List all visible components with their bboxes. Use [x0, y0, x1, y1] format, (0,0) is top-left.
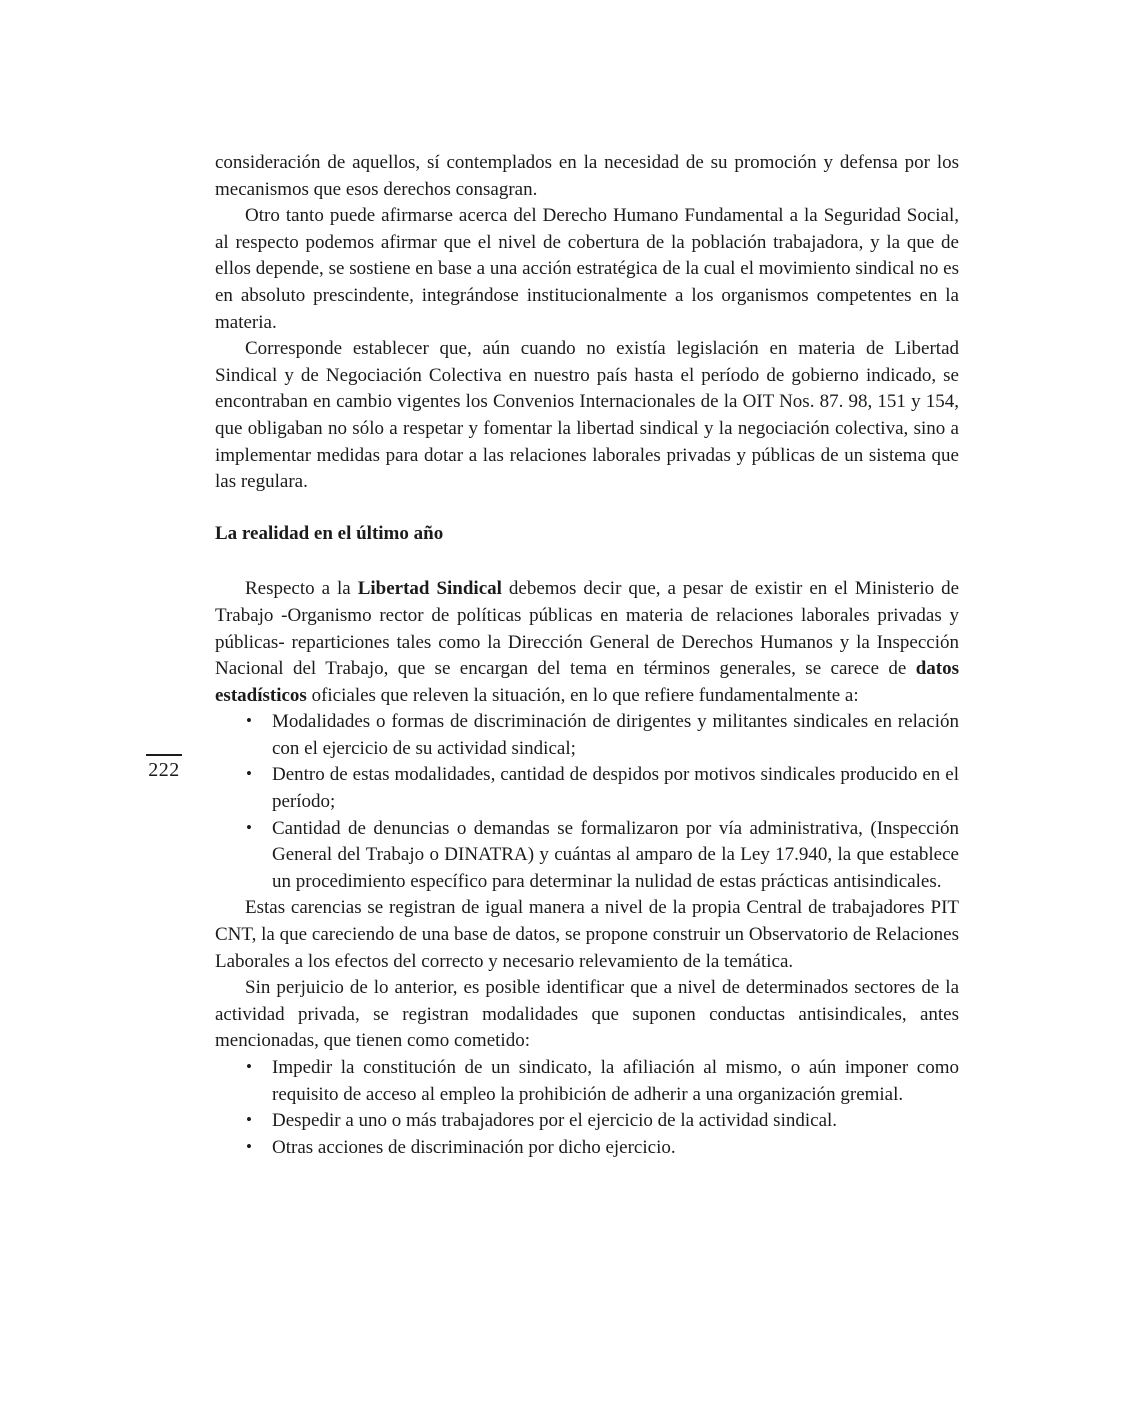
page-number: 222: [144, 759, 184, 781]
page-number-rule: [146, 754, 182, 756]
text-run: Cantidad de denuncias o demandas se form…: [272, 818, 959, 892]
bullet-icon: •: [246, 1054, 252, 1081]
text-run: Otras acciones de discriminación por dic…: [272, 1137, 676, 1158]
text-run: consideración de aquellos, sí contemplad…: [215, 152, 959, 200]
paragraph: consideración de aquellos, sí contemplad…: [215, 150, 959, 203]
text-run: Despedir a uno o más trabajadores por el…: [272, 1110, 837, 1131]
section-heading: La realidad en el último año: [215, 521, 959, 548]
text-run: Modalidades o formas de discriminación d…: [272, 711, 959, 759]
bullet-item: •Cantidad de denuncias o demandas se for…: [215, 816, 959, 896]
bullet-item: •Impedir la constitución de un sindicato…: [215, 1055, 959, 1108]
bullet-item: •Despedir a uno o más trabajadores por e…: [215, 1108, 959, 1135]
bullet-item: •Dentro de estas modalidades, cantidad d…: [215, 762, 959, 815]
page-number-label: 222: [144, 754, 184, 781]
paragraph: Otro tanto puede afirmarse acerca del De…: [215, 203, 959, 336]
bullet-icon: •: [246, 708, 252, 735]
text-run: Sin perjuicio de lo anterior, es posible…: [215, 977, 959, 1051]
paragraph: Respecto a la Libertad Sindical debemos …: [215, 576, 959, 709]
text-run: oficiales que releven la situación, en l…: [307, 685, 859, 706]
text-run: Estas carencias se registran de igual ma…: [215, 897, 959, 971]
bullet-item: •Otras acciones de discriminación por di…: [215, 1135, 959, 1162]
text-run: Respecto a la: [245, 578, 358, 599]
text-run: Impedir la constitución de un sindicato,…: [272, 1057, 959, 1105]
text-run: Corresponde establecer que, aún cuando n…: [215, 338, 959, 492]
text-block: consideración de aquellos, sí contemplad…: [215, 150, 959, 1161]
bold-text: Libertad Sindical: [358, 578, 502, 599]
bullet-list: •Modalidades o formas de discriminación …: [215, 709, 959, 895]
paragraph: Corresponde establecer que, aún cuando n…: [215, 336, 959, 496]
bullet-list: •Impedir la constitución de un sindicato…: [215, 1055, 959, 1161]
paragraph: Estas carencias se registran de igual ma…: [215, 895, 959, 975]
bullet-item: •Modalidades o formas de discriminación …: [215, 709, 959, 762]
bullet-icon: •: [246, 761, 252, 788]
text-run: Dentro de estas modalidades, cantidad de…: [272, 764, 959, 812]
text-run: Otro tanto puede afirmarse acerca del De…: [215, 205, 959, 332]
paragraph: Sin perjuicio de lo anterior, es posible…: [215, 975, 959, 1055]
bullet-icon: •: [246, 1134, 252, 1161]
bullet-icon: •: [246, 815, 252, 842]
bullet-icon: •: [246, 1107, 252, 1134]
book-page: 222 consideración de aquellos, sí contem…: [0, 0, 1134, 1417]
